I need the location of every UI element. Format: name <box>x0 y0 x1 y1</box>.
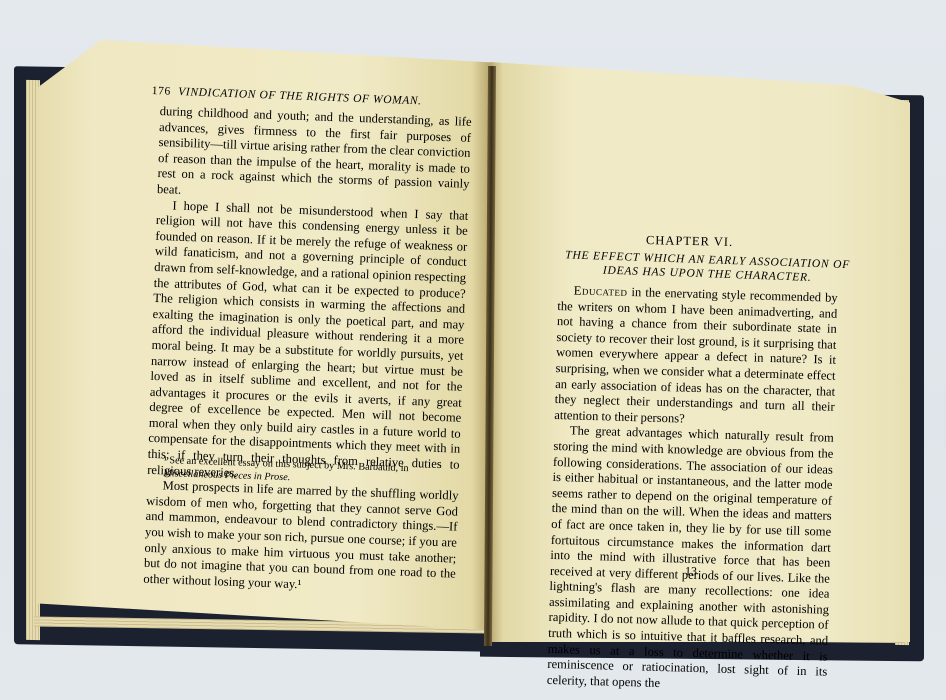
paragraph: Most prospects in life are marred by the… <box>143 478 459 598</box>
left-page-number: 176 <box>152 85 172 98</box>
chapter-heading: CHAPTER VI. <box>646 233 733 250</box>
first-word: Educated <box>574 283 628 298</box>
right-page-body: Educated in the enervating style recomme… <box>547 283 838 696</box>
left-page-body: during childhood and youth; and the unde… <box>143 104 472 598</box>
page-edges-left <box>26 80 40 640</box>
paragraph: The great advantages which naturally res… <box>547 423 834 696</box>
paragraph: during childhood and youth; and the unde… <box>157 104 472 208</box>
paragraph: Educated in the enervating style recomme… <box>554 283 838 431</box>
right-page-number: 13 <box>685 564 697 579</box>
paragraph: I hope I shall not be misunderstood when… <box>147 198 469 489</box>
footnote-mark: ¹ <box>164 455 167 466</box>
paragraph-text: in the enervating style recommended by t… <box>554 285 838 425</box>
